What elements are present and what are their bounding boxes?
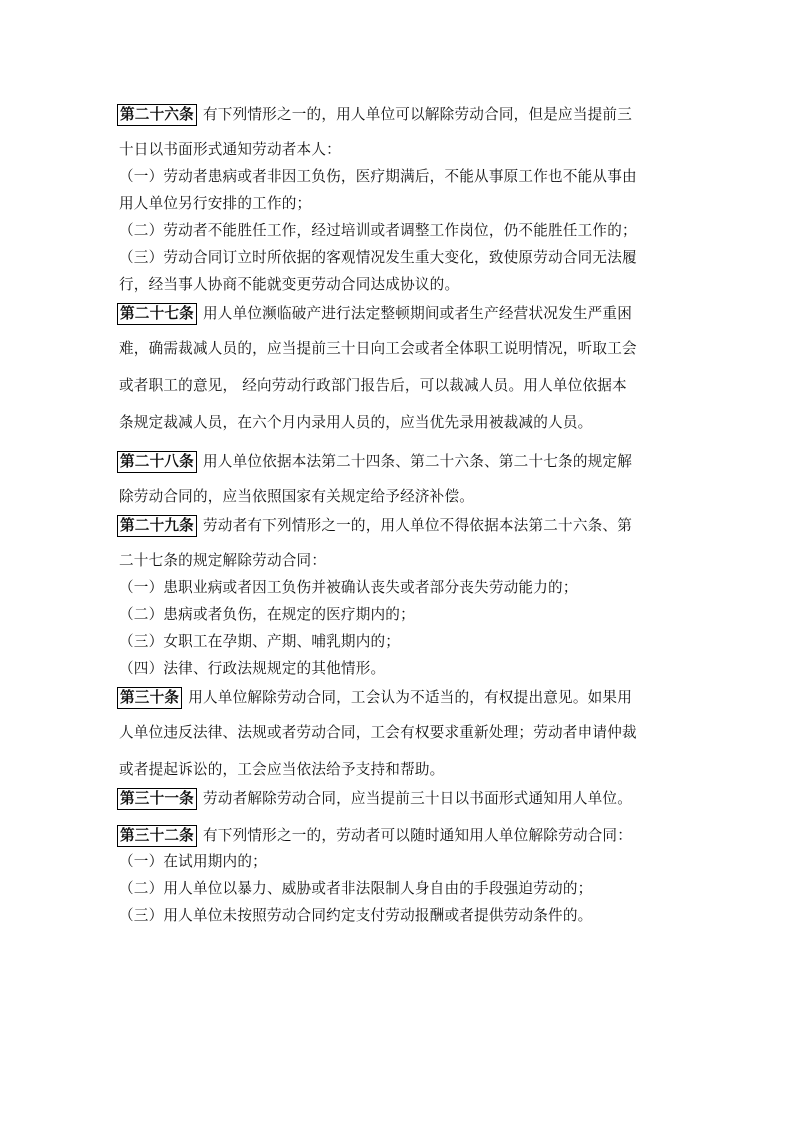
- article-text: 十日以书面形式通知劳动者本人：: [119, 141, 681, 159]
- article-text: 有下列情形之一的，用人单位可以解除劳动合同，但是应当提前三: [203, 106, 632, 123]
- article-text: 用人单位依据本法第二十四条、第二十六条、第二十七条的规定解: [203, 453, 632, 470]
- article-heading: 第三十二条: [117, 825, 197, 847]
- article-32: 第三十二条有下列情形之一的，劳动者可以随时通知用人单位解除劳动合同： （一）在试…: [119, 825, 681, 925]
- article-text: 除劳动合同的，应当依照国家有关规定给予经济补偿。: [119, 488, 681, 506]
- article-30: 第三十条用人单位解除劳动合同，工会认为不适当的，有权提出意见。如果用 人单位违反…: [119, 687, 681, 779]
- list-item: （二）用人单位以暴力、威胁或者非法限制人身自由的手段强迫劳动的；: [119, 880, 681, 898]
- article-text: 劳动者解除劳动合同，应当提前三十日以书面形式通知用人单位。: [203, 790, 632, 807]
- article-text: 二十七条的规定解除劳动合同：: [119, 552, 681, 570]
- article-heading: 第二十六条: [117, 104, 197, 126]
- article-text: 用人单位解除劳动合同，工会认为不适当的，有权提出意见。如果用: [188, 689, 632, 706]
- article-text: 人单位违反法律、法规或者劳动合同，工会有权要求重新处理；劳动者申请仲裁: [119, 724, 681, 742]
- article-heading: 第二十八条: [117, 451, 197, 473]
- list-item: （三）劳动合同订立时所依据的客观情况发生重大变化，致使原劳动合同无法履: [119, 249, 681, 267]
- list-item: 用人单位另行安排的工作的；: [119, 195, 681, 213]
- article-31: 第三十一条劳动者解除劳动合同，应当提前三十日以书面形式通知用人单位。: [119, 788, 681, 806]
- article-27: 第二十七条用人单位濒临破产进行法定整顿期间或者生产经营状况发生严重困 难，确需裁…: [119, 303, 681, 432]
- article-text: 或者提起诉讼的，工会应当依法给予支持和帮助。: [119, 761, 681, 779]
- list-item: （三）用人单位未按照劳动合同约定支付劳动报酬或者提供劳动条件的。: [119, 907, 681, 925]
- article-26: 第二十六条有下列情形之一的，用人单位可以解除劳动合同，但是应当提前三 十日以书面…: [119, 104, 681, 294]
- article-text: 难，确需裁减人员的，应当提前三十日向工会或者全体职工说明情况，听取工会: [119, 340, 681, 358]
- article-text: 或者职工的意见， 经向劳动行政部门报告后，可以裁减人员。用人单位依据本: [119, 377, 681, 395]
- list-item: 行，经当事人协商不能就变更劳动合同达成协议的。: [119, 276, 681, 294]
- article-text: 条规定裁减人员，在六个月内录用人员的，应当优先录用被裁减的人员。: [119, 414, 681, 432]
- article-heading: 第三十一条: [117, 788, 197, 810]
- article-heading: 第二十七条: [117, 303, 197, 325]
- list-item: （一）在试用期内的；: [119, 853, 681, 871]
- article-text: 劳动者有下列情形之一的，用人单位不得依据本法第二十六条、第: [203, 517, 632, 534]
- list-item: （二）劳动者不能胜任工作，经过培训或者调整工作岗位，仍不能胜任工作的；: [119, 222, 681, 240]
- article-heading: 第二十九条: [117, 515, 197, 537]
- list-item: （二）患病或者负伤，在规定的医疗期内的；: [119, 606, 681, 624]
- article-29: 第二十九条劳动者有下列情形之一的，用人单位不得依据本法第二十六条、第 二十七条的…: [119, 515, 681, 678]
- article-heading: 第三十条: [117, 687, 182, 709]
- article-text: 有下列情形之一的，劳动者可以随时通知用人单位解除劳动合同：: [203, 827, 632, 844]
- article-text: 用人单位濒临破产进行法定整顿期间或者生产经营状况发生严重困: [203, 305, 632, 322]
- list-item: （三）女职工在孕期、产期、哺乳期内的；: [119, 633, 681, 651]
- article-28: 第二十八条用人单位依据本法第二十四条、第二十六条、第二十七条的规定解 除劳动合同…: [119, 451, 681, 506]
- list-item: （四）法律、行政法规规定的其他情形。: [119, 660, 681, 678]
- document-page: 第二十六条有下列情形之一的，用人单位可以解除劳动合同，但是应当提前三 十日以书面…: [119, 104, 681, 934]
- list-item: （一）劳动者患病或者非因工负伤，医疗期满后，不能从事原工作也不能从事由: [119, 168, 681, 186]
- list-item: （一）患职业病或者因工负伤并被确认丧失或者部分丧失劳动能力的；: [119, 579, 681, 597]
